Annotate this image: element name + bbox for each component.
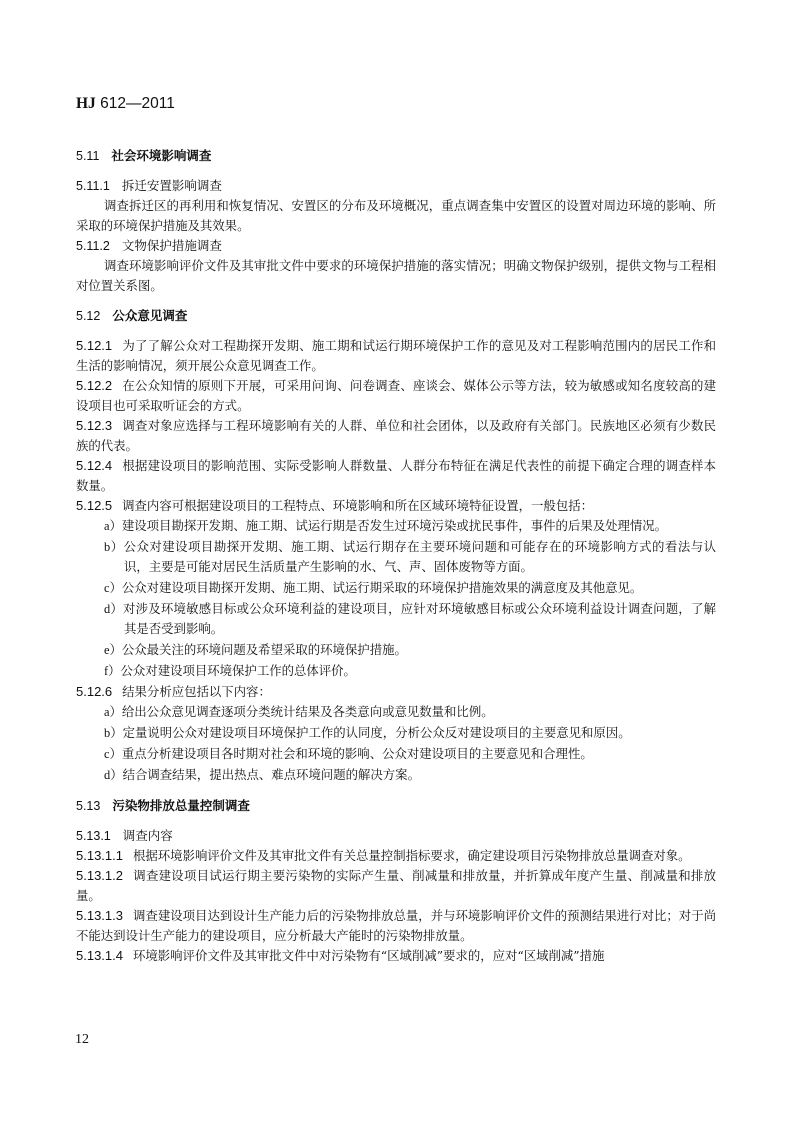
section-heading-5-12: 5.12公众意见调查 (76, 306, 716, 326)
section-heading-5-13: 5.13污染物排放总量控制调查 (76, 796, 716, 816)
clause-5-12-1: 5.12.1为了了解公众对工程勘探开发期、施工期和试运行期环境保护工作的意见及对… (76, 336, 716, 376)
list-item-5-12-5-e: e）公众最关注的环境问题及希望采取的环境保护措施。 (104, 640, 716, 660)
paragraph-5-11-1: 调查拆迁区的再利用和恢复情况、安置区的分布及环境概况，重点调查集中安置区的设置对… (76, 196, 716, 236)
paragraph-5-11-2: 调查环境影响评价文件及其审批文件中要求的环境保护措施的落实情况；明确文物保护级别… (76, 256, 716, 296)
list-item-5-12-5-d: d）对涉及环境敏感目标或公众环境利益的建设项目，应针对环境敏感目标或公众环境利益… (104, 599, 716, 639)
list-item-5-12-5-b: b）公众对建设项目勘探开发期、施工期、试运行期存在主要环境问题和可能存在的环境影… (104, 537, 716, 577)
clause-5-13-1-4: 5.13.1.4环境影响评价文件及其审批文件中对污染物有“区域削减”要求的，应对… (76, 946, 716, 966)
list-item-5-12-6-d: d）结合调查结果，提出热点、难点环境问题的解决方案。 (104, 765, 716, 785)
document-body: 5.11社会环境影响调查 5.11.1拆迁安置影响调查 调查拆迁区的再利用和恢复… (76, 146, 716, 966)
clause-5-13-1-3: 5.13.1.3调查建设项目达到设计生产能力后的污染物排放总量，并与环境影响评价… (76, 906, 716, 946)
standard-number: 612—2011 (100, 95, 175, 112)
list-item-5-12-6-c: c）重点分析建设项目各时期对社会和环境的影响、公众对建设项目的主要意见和合理性。 (104, 744, 716, 764)
clause-5-12-4: 5.12.4根据建设项目的影响范围、实际受影响人群数量、人群分布特征在满足代表性… (76, 456, 716, 496)
subsection-heading-5-11-1: 5.11.1拆迁安置影响调查 (76, 176, 716, 196)
subsection-heading-5-13-1: 5.13.1调查内容 (76, 826, 716, 846)
list-item-5-12-6-a: a）给出公众意见调查逐项分类统计结果及各类意向或意见数量和比例。 (104, 702, 716, 722)
standard-prefix: HJ (76, 95, 96, 112)
subsection-heading-5-11-2: 5.11.2文物保护措施调查 (76, 236, 716, 256)
list-item-5-12-5-c: c）公众对建设项目勘探开发期、施工期、试运行期采取的环境保护措施效果的满意度及其… (104, 578, 716, 598)
list-item-5-12-5-f: f）公众对建设项目环境保护工作的总体评价。 (104, 661, 716, 681)
clause-5-12-2: 5.12.2在公众知情的原则下开展，可采用问询、问卷调查、座谈会、媒体公示等方法… (76, 376, 716, 416)
list-item-5-12-6-b: b）定量说明公众对建设项目环境保护工作的认同度，分析公众反对建设项目的主要意见和… (104, 723, 716, 743)
clause-5-12-3: 5.12.3调查对象应选择与工程环境影响有关的人群、单位和社会团体，以及政府有关… (76, 416, 716, 456)
clause-5-12-6: 5.12.6结果分析应包括以下内容： (76, 682, 716, 702)
page-number: 12 (75, 1032, 89, 1048)
clause-5-12-5: 5.12.5调查内容可根据建设项目的工程特点、环境影响和所在区域环境特征设置，一… (76, 496, 716, 516)
section-heading-5-11: 5.11社会环境影响调查 (76, 146, 716, 166)
clause-5-13-1-2: 5.13.1.2调查建设项目试运行期主要污染物的实际产生量、削减量和排放量，并折… (76, 866, 716, 906)
list-item-5-12-5-a: a）建设项目勘探开发期、施工期、试运行期是否发生过环境污染或扰民事件，事件的后果… (104, 516, 716, 536)
document-page: HJ 612—2011 5.11社会环境影响调查 5.11.1拆迁安置影响调查 … (0, 0, 794, 1123)
clause-5-13-1-1: 5.13.1.1根据环境影响评价文件及其审批文件有关总量控制指标要求，确定建设项… (76, 846, 716, 866)
standard-code-header: HJ 612—2011 (76, 95, 175, 113)
